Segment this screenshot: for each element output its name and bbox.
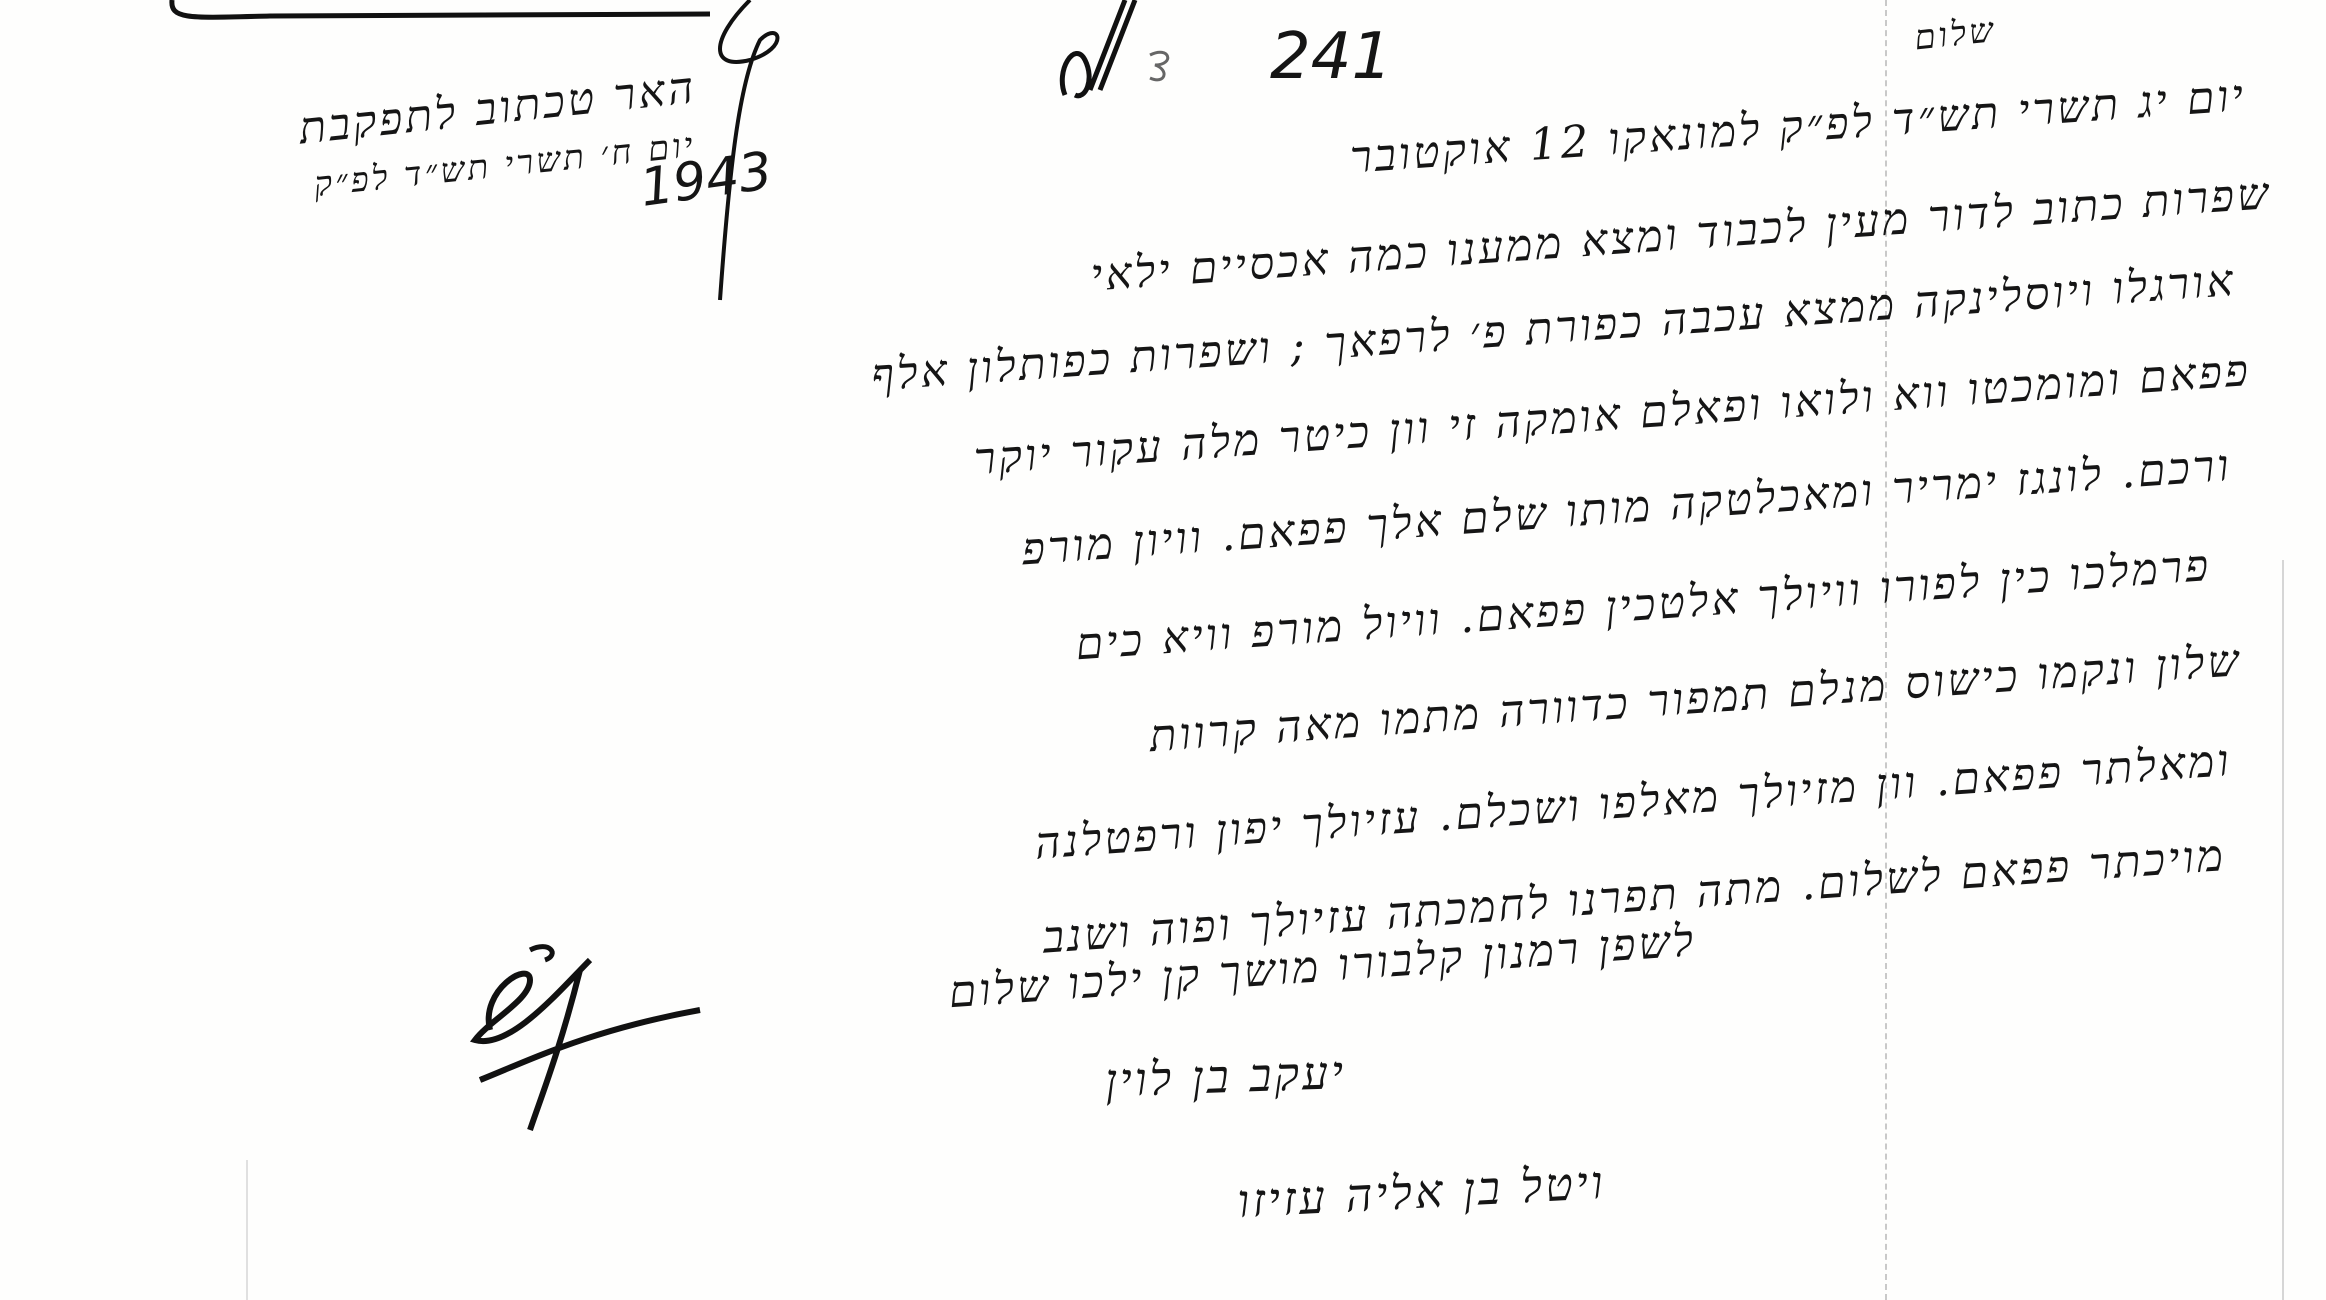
signature-scribble [470, 930, 710, 1130]
date-line: יום יג תשרי תש״ד לפ״ק למונאקו 12 אוקטובר [1348, 70, 2247, 184]
page-edge-line [2282, 560, 2284, 1300]
page-edge-line-left [246, 1160, 248, 1300]
document-page: 241 שלום האר טכתוב לתפקבת יום ח׳ תשרי תש… [0, 0, 2326, 1300]
signature-2: ויטל בן אליה עזיזו [1237, 1155, 1608, 1228]
signature-1: יעקב בן לוין [1104, 1045, 1347, 1107]
body-line-6: שלון ונקמו כישוס מנלם תמפור כדוורה מתמו … [1147, 635, 2242, 762]
folio-mark [1055, 0, 1175, 110]
page-number: 241 [1270, 20, 1392, 94]
corner-mark: שלום [1912, 10, 1998, 58]
